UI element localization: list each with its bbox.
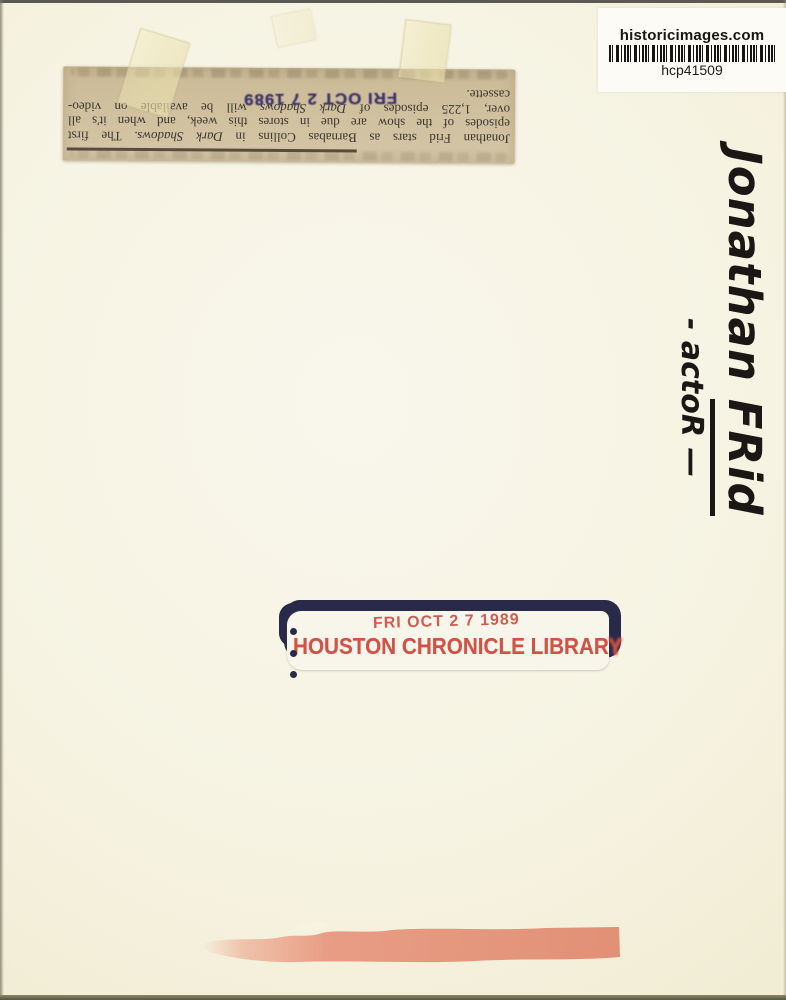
vendor-code-text: hcp41509 — [598, 62, 786, 78]
tape-piece-center — [271, 8, 317, 48]
vendor-barcode-label: historicimages.com hcp41509 — [598, 8, 786, 92]
barcode-icon — [609, 45, 775, 62]
handwritten-role: - actoR — — [674, 318, 708, 544]
scan-edge-left — [0, 0, 4, 1000]
handwritten-name-underlined: FRid — [710, 399, 771, 516]
tape-piece-right — [399, 19, 452, 82]
library-name-text: HOUSTON CHRONICLE LIBRAR — [293, 633, 608, 659]
label-dot — [290, 650, 297, 657]
vendor-site-text: historicimages.com — [598, 27, 786, 44]
library-name-stamp: HOUSTON CHRONICLE LIBRARY — [293, 633, 622, 660]
label-dot — [290, 671, 297, 678]
clipping-showthrough-top — [71, 149, 507, 161]
label-dot — [290, 628, 297, 635]
library-date-stamp: FRI OCT 2 7 1989 — [373, 611, 520, 633]
handwritten-name: Jonathan FRid — [716, 148, 772, 544]
scan-edge-top — [0, 0, 786, 3]
handwritten-name-prefix: Jonathan — [718, 148, 771, 399]
pink-smear — [196, 918, 624, 970]
library-name-smudged-letter: Y — [608, 633, 622, 659]
photo-back-scan: Jonathan Frid stars as Barnabas Collins … — [0, 0, 786, 1000]
clipping-date-stamp: FRI OCT 2 7 1989 — [187, 88, 397, 108]
library-label: FRI OCT 2 7 1989 HOUSTON CHRONICLE LIBRA… — [287, 611, 609, 670]
scan-edge-bottom — [0, 995, 786, 1000]
handwritten-note-inner: Jonathan FRid - actoR — — [674, 148, 772, 544]
